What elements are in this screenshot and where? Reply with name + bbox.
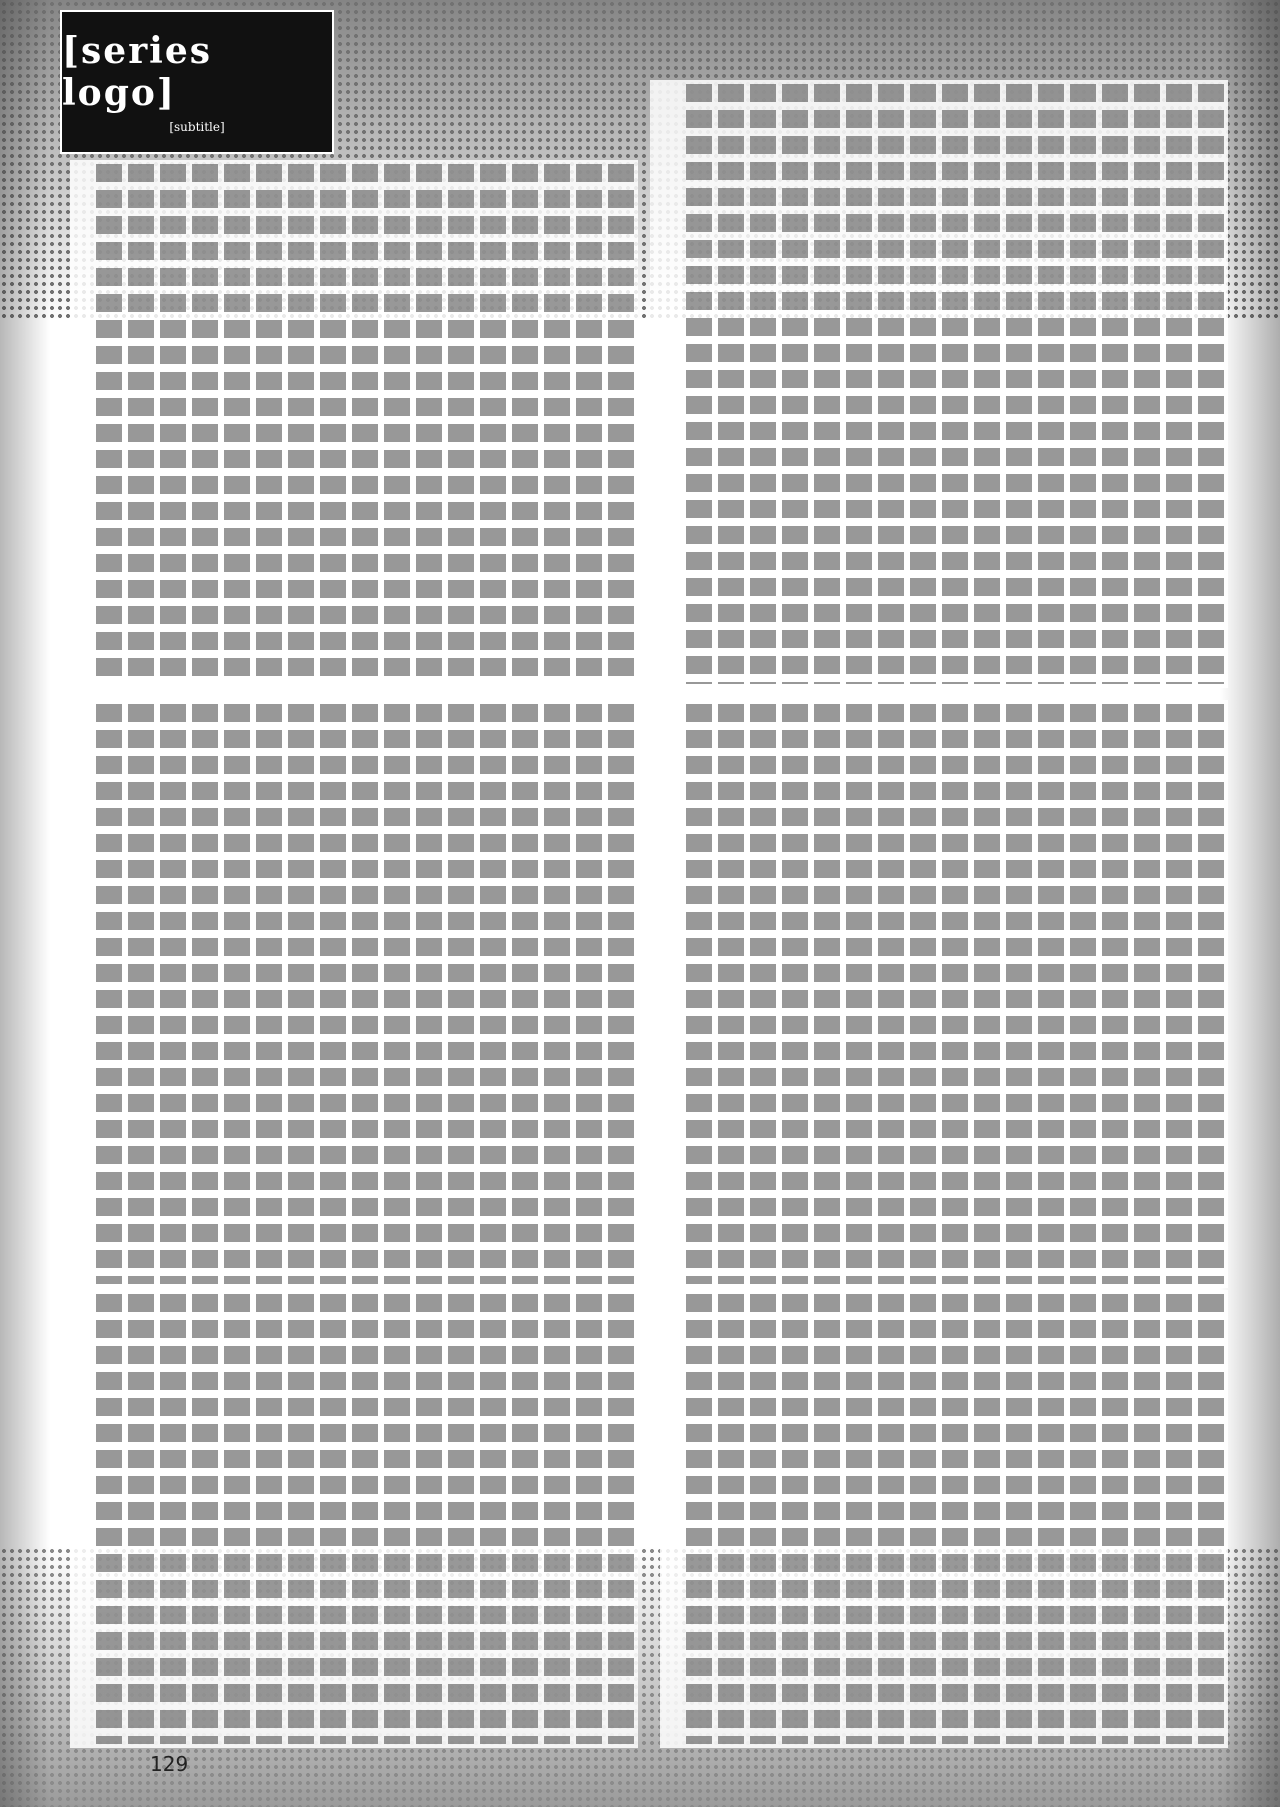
text-column-placeholder — [686, 1294, 712, 1744]
text-column-placeholder — [814, 1294, 840, 1744]
text-block-upper-left — [70, 160, 638, 688]
text-column-placeholder — [416, 164, 442, 684]
logo-subtitle: [subtitle] — [169, 120, 224, 134]
text-column-placeholder — [384, 704, 410, 1284]
text-column-placeholder — [814, 84, 840, 684]
text-column-placeholder — [192, 164, 218, 684]
text-column-placeholder — [686, 704, 712, 1284]
series-logo: [series logo] [subtitle] — [60, 10, 334, 154]
text-column-placeholder — [224, 704, 250, 1284]
text-block-bottom-left — [70, 1290, 638, 1748]
text-column-placeholder — [160, 704, 186, 1284]
text-column-placeholder — [1198, 704, 1224, 1284]
text-column-placeholder — [288, 704, 314, 1284]
text-column-placeholder — [1006, 84, 1032, 684]
text-column-placeholder — [480, 164, 506, 684]
text-column-placeholder — [256, 1294, 282, 1744]
text-column-placeholder — [128, 704, 154, 1284]
text-column-placeholder — [512, 164, 538, 684]
text-column-placeholder — [974, 1294, 1000, 1744]
text-column-placeholder — [1166, 84, 1192, 684]
text-column-placeholder — [1070, 84, 1096, 684]
text-column-placeholder — [576, 164, 602, 684]
text-column-placeholder — [96, 1294, 122, 1744]
text-column-placeholder — [1166, 704, 1192, 1284]
text-column-placeholder — [974, 704, 1000, 1284]
text-column-placeholder — [718, 84, 744, 684]
text-column-placeholder — [1134, 704, 1160, 1284]
text-column-placeholder — [1006, 1294, 1032, 1744]
text-column-placeholder — [544, 704, 570, 1284]
text-column-placeholder — [448, 704, 474, 1284]
text-column-placeholder — [576, 704, 602, 1284]
text-column-placeholder — [352, 1294, 378, 1744]
text-column-placeholder — [1038, 704, 1064, 1284]
text-column-placeholder — [1134, 1294, 1160, 1744]
text-column-placeholder — [1102, 704, 1128, 1284]
text-column-placeholder — [608, 164, 634, 684]
text-block-upper-right — [650, 80, 1228, 688]
text-column-placeholder — [160, 1294, 186, 1744]
text-column-placeholder — [256, 164, 282, 684]
text-column-placeholder — [974, 84, 1000, 684]
halftone-background-left — [0, 0, 50, 1807]
text-column-placeholder — [384, 164, 410, 684]
text-column-placeholder — [480, 704, 506, 1284]
text-column-placeholder — [96, 704, 122, 1284]
text-column-placeholder — [1006, 704, 1032, 1284]
text-column-placeholder — [782, 84, 808, 684]
text-column-placeholder — [224, 164, 250, 684]
text-column-placeholder — [1102, 1294, 1128, 1744]
text-block-lower-left — [70, 700, 638, 1288]
text-column-placeholder — [1166, 1294, 1192, 1744]
text-column-placeholder — [608, 1294, 634, 1744]
page-number: 129 — [150, 1752, 188, 1776]
text-column-placeholder — [782, 704, 808, 1284]
text-column-placeholder — [1198, 84, 1224, 684]
text-column-placeholder — [782, 1294, 808, 1744]
text-column-placeholder — [320, 704, 346, 1284]
text-column-placeholder — [352, 164, 378, 684]
text-column-placeholder — [128, 1294, 154, 1744]
text-column-placeholder — [96, 164, 122, 684]
text-column-placeholder — [192, 1294, 218, 1744]
halftone-background-right — [1220, 0, 1280, 1807]
text-column-placeholder — [224, 1294, 250, 1744]
text-column-placeholder — [384, 1294, 410, 1744]
text-column-placeholder — [1038, 1294, 1064, 1744]
text-column-placeholder — [846, 704, 872, 1284]
text-block-lower-right — [660, 700, 1228, 1288]
text-column-placeholder — [1070, 1294, 1096, 1744]
text-column-placeholder — [320, 1294, 346, 1744]
text-column-placeholder — [878, 704, 904, 1284]
text-column-placeholder — [416, 1294, 442, 1744]
text-column-placeholder — [1102, 84, 1128, 684]
text-column-placeholder — [160, 164, 186, 684]
text-column-placeholder — [942, 84, 968, 684]
text-column-placeholder — [750, 1294, 776, 1744]
text-column-placeholder — [814, 704, 840, 1284]
text-column-placeholder — [288, 164, 314, 684]
text-column-placeholder — [288, 1294, 314, 1744]
text-column-placeholder — [718, 1294, 744, 1744]
text-column-placeholder — [942, 704, 968, 1284]
text-column-placeholder — [448, 1294, 474, 1744]
text-column-placeholder — [718, 704, 744, 1284]
text-column-placeholder — [1198, 1294, 1224, 1744]
text-column-placeholder — [846, 84, 872, 684]
text-column-placeholder — [352, 704, 378, 1284]
text-column-placeholder — [480, 1294, 506, 1744]
text-column-placeholder — [416, 704, 442, 1284]
text-column-placeholder — [910, 84, 936, 684]
text-column-placeholder — [942, 1294, 968, 1744]
text-column-placeholder — [1038, 84, 1064, 684]
logo-title: [series logo] — [62, 30, 332, 114]
text-column-placeholder — [544, 1294, 570, 1744]
text-column-placeholder — [878, 84, 904, 684]
text-column-placeholder — [448, 164, 474, 684]
text-column-placeholder — [512, 704, 538, 1284]
text-column-placeholder — [576, 1294, 602, 1744]
text-column-placeholder — [512, 1294, 538, 1744]
text-column-placeholder — [846, 1294, 872, 1744]
text-column-placeholder — [256, 704, 282, 1284]
text-column-placeholder — [128, 164, 154, 684]
text-column-placeholder — [544, 164, 570, 684]
text-column-placeholder — [750, 84, 776, 684]
text-block-bottom-right — [660, 1290, 1228, 1748]
text-column-placeholder — [910, 1294, 936, 1744]
text-column-placeholder — [750, 704, 776, 1284]
text-column-placeholder — [878, 1294, 904, 1744]
text-column-placeholder — [686, 84, 712, 684]
text-column-placeholder — [1070, 704, 1096, 1284]
text-column-placeholder — [192, 704, 218, 1284]
text-column-placeholder — [608, 704, 634, 1284]
text-column-placeholder — [1134, 84, 1160, 684]
text-column-placeholder — [320, 164, 346, 684]
text-column-placeholder — [910, 704, 936, 1284]
